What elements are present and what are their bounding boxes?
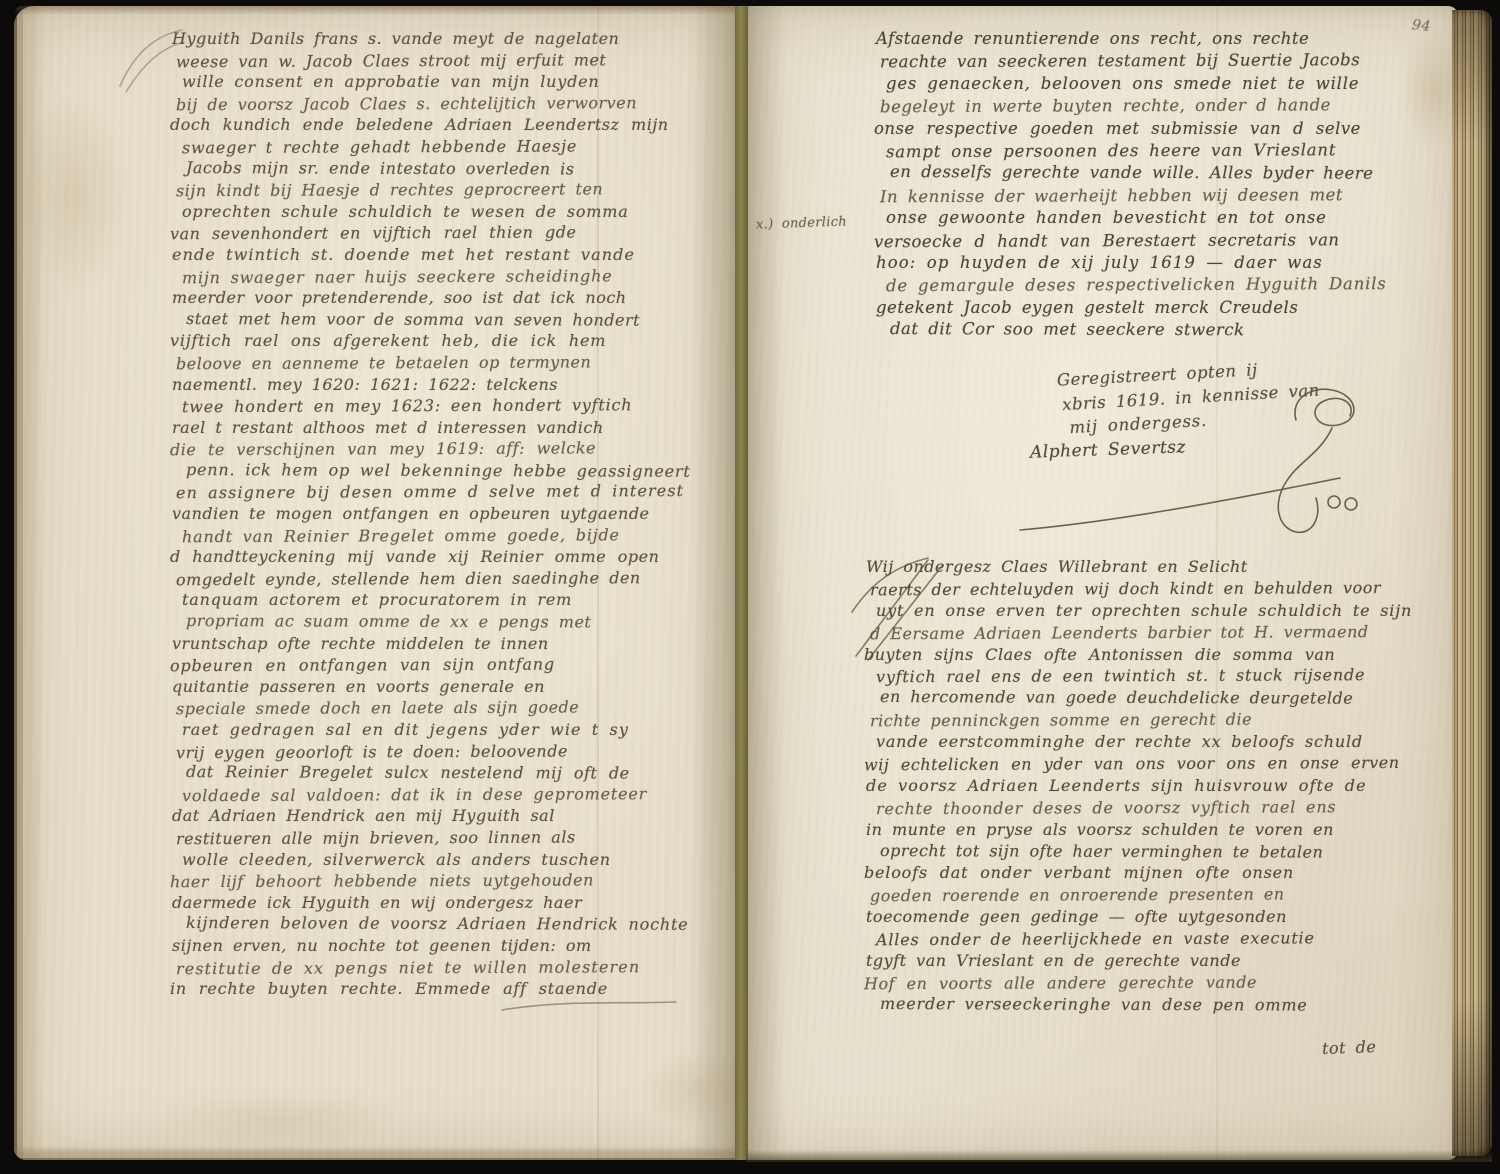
notary-paraph-flourish-icon [1000, 382, 1410, 552]
manuscript-line: propriam ac suam omme de xx e pengs met [186, 610, 734, 634]
manuscript-line: beloofs dat onder verbant mijnen ofte on… [864, 862, 1454, 884]
manuscript-line: oprechten schule schuldich te wesen de s… [182, 201, 734, 223]
manuscript-line: onse respective goeden met submissie van… [874, 118, 1452, 140]
manuscript-line: daermede ick Hyguith en wij ondergesz ha… [172, 892, 734, 914]
fore-edge-page-stack [1452, 10, 1492, 1156]
manuscript-line: reachte van seeckeren testament bij Suer… [880, 49, 1452, 74]
manuscript-line: speciale smede doch en laete als sijn go… [176, 696, 734, 720]
manuscript-line: haer lijf behoort hebbende niets uytgeho… [170, 869, 734, 893]
left-page-top-edge [14, 6, 737, 15]
manuscript-line: versoecke d handt van Berestaert secreta… [874, 228, 1452, 253]
manuscript-line: Wij ondergesz Claes Willebrant en Selich… [866, 556, 1454, 578]
right-paragraph-2: Wij ondergesz Claes Willebrant en Selich… [866, 556, 1454, 1016]
manuscript-line: twee hondert en mey 1623: een hondert vy… [182, 394, 734, 418]
manuscript-line: rael t restant althoos met d interessen … [172, 417, 734, 439]
manuscript-line: sampt onse persoonen des heere van Vries… [886, 139, 1452, 164]
manuscript-line: getekent Jacob eygen gestelt merck Creud… [876, 297, 1452, 319]
manuscript-line: goeden roerende en onroerende presenten … [870, 883, 1454, 907]
manuscript-line: ges genaecken, belooven ons smede niet t… [886, 73, 1452, 95]
manuscript-line: de gemargule deses respectivelicken Hygu… [886, 273, 1452, 298]
manuscript-line: vyftich rael ens de een twintich st. t s… [876, 664, 1454, 688]
manuscript-line: restitutie de xx pengs niet te willen mo… [176, 955, 734, 979]
manuscript-line: en assignere bij desen omme d selve met … [176, 480, 734, 504]
margin-note: x.) onderlich [756, 214, 847, 232]
left-page-block-edge [14, 6, 44, 1160]
manuscript-line: dat Reinier Bregelet sulcx nestelend mij… [186, 761, 734, 785]
manuscript-line: bij de voorsz Jacob Claes s. echtelijtic… [176, 92, 734, 116]
left-page-bottom-edge [14, 1146, 737, 1160]
manuscript-line: begeleyt in werte buyten rechte, onder d… [880, 94, 1452, 119]
manuscript-line: vrij eygen geoorloft is te doen: beloove… [176, 739, 734, 763]
manuscript-line: sijnen erven, nu nochte tot geenen tijde… [172, 935, 734, 957]
manuscript-line: de voorsz Adriaen Leenderts sijn huisvro… [866, 775, 1454, 797]
manuscript-line: sijn kindt bij Haesje d rechtes geprocre… [176, 178, 734, 202]
manuscript-line: en hercomende van goede deuchdelicke deu… [880, 686, 1454, 710]
manuscript-line: doch kundich ende beledene Adriaen Leend… [170, 114, 734, 136]
left-page-text: Hyguith Danils frans s. vande meyt de na… [172, 28, 734, 1000]
manuscript-line: vijftich rael ons afgerekent heb, die ic… [170, 330, 734, 352]
right-gutter-shadow [746, 6, 786, 1160]
right-paragraph-1: Afstaende renuntierende ons recht, ons r… [876, 28, 1452, 341]
manuscript-line: in munte en pryse als voorsz schulden te… [866, 819, 1454, 841]
manuscript-line: rechte thoonder deses de voorsz vyftich … [876, 796, 1454, 820]
manuscript-line: opbeuren en ontfangen van sijn ontfang [170, 653, 734, 677]
manuscript-line: penn. ick hem op wel bekenninge hebbe ge… [186, 459, 734, 483]
manuscript-line: dat dit Cor soo met seeckere stwerck [890, 318, 1452, 342]
manuscript-line: In kennisse der waerheijt hebben wij dee… [880, 183, 1452, 208]
manuscript-line: oprecht tot sijn ofte haer verminghen te… [880, 840, 1454, 864]
manuscript-line: Afstaende renuntierende ons recht, ons r… [876, 28, 1452, 50]
manuscript-line: richte penninckgen somme en gerecht die [870, 708, 1454, 732]
manuscript-line: meerder voor pretenderende, soo ist dat … [172, 287, 734, 309]
manuscript-line: wille consent en approbatie van mijn luy… [182, 71, 734, 93]
manuscript-line: raerts der echteluyden wij doch kindt en… [870, 577, 1454, 601]
manuscript-line: raet gedragen sal en dit jegens yder wie… [182, 719, 734, 741]
book-gutter [735, 6, 748, 1160]
manuscript-line: wolle cleeden, silverwerck als anders tu… [182, 849, 734, 871]
manuscript-line: tanquam actorem et procuratorem in rem [182, 589, 734, 611]
manuscript-line: d handtteyckening mij vande xij Reinier … [170, 546, 734, 568]
manuscript-line: buyten sijns Claes ofte Antonissen die s… [864, 644, 1454, 666]
manuscript-line: van sevenhondert en vijftich rael thien … [170, 221, 734, 245]
manuscript-line: uyt en onse erven ter oprechten schule s… [876, 600, 1454, 622]
manuscript-line: hoo: op huyden de xij july 1619 — daer w… [876, 252, 1452, 274]
manuscript-line: die te verschijnen van mey 1619: aff: we… [170, 437, 734, 461]
catchword: tot de [1322, 1037, 1377, 1058]
manuscript-line: d Eersame Adriaen Leenderts barbier tot … [870, 620, 1454, 644]
manuscript-line: beloove en aenneme te betaelen op termyn… [176, 351, 734, 375]
manuscript-line: mijn swaeger naer huijs seeckere scheidi… [182, 264, 734, 288]
manuscript-line: vande eerstcomminghe der rechte xx beloo… [876, 731, 1454, 753]
manuscript-line: voldaede sal valdoen: dat ik in dese gep… [182, 783, 734, 807]
manuscript-line: vruntschap ofte rechte middelen te innen [172, 633, 734, 655]
manuscript-line: Alles onder de heerlijckhede en vaste ex… [876, 927, 1454, 951]
manuscript-line: dat Adriaen Hendrick aen mij Hyguith sal [172, 805, 734, 827]
manuscript-line: wij echtelicken en yder van ons voor ons… [864, 752, 1454, 776]
manuscript-line: kijnderen beloven de voorsz Adriaen Hend… [186, 912, 734, 936]
manuscript-line: staet met hem voor de somma van seven ho… [186, 308, 734, 332]
manuscript-line: weese van w. Jacob Claes stroot mij erfu… [176, 48, 734, 72]
manuscript-line: restitueren alle mijn brieven, soo linne… [176, 826, 734, 850]
manuscript-line: ende twintich st. doende met het restant… [172, 244, 734, 266]
manuscript-line: en desselfs gerechte vande wille. Alles … [890, 161, 1452, 185]
manuscript-line: Jacobs mijn sr. ende intestato overleden… [186, 157, 734, 181]
manuscript-line: handt van Reinier Bregelet omme goede, b… [182, 523, 734, 547]
manuscript-line: naementl. mey 1620: 1621: 1622: telckens [172, 374, 734, 396]
manuscript-line: toecomende geen gedinge — ofte uytgesond… [866, 906, 1454, 928]
right-page-bottom-edge [746, 1150, 1492, 1162]
manuscript-line: tgyft van Vrieslant en de gerechte vande [866, 950, 1454, 972]
scan-background: 94 Hyguith Danils frans s. vande meyt de… [0, 0, 1500, 1174]
manuscript-line: swaeger t rechte gehadt hebbende Haesje [182, 135, 734, 159]
manuscript-line: Hof en voorts alle andere gerechte vande [864, 971, 1454, 995]
manuscript-line: omgedelt eynde, stellende hem dien saedi… [176, 567, 734, 591]
manuscript-line: vandien te mogen ontfangen en opbeuren u… [172, 503, 734, 525]
manuscript-line: Hyguith Danils frans s. vande meyt de na… [172, 28, 734, 50]
manuscript-line: meerder verseeckeringhe van dese pen omm… [880, 993, 1454, 1017]
manuscript-line: quitantie passeren en voorts generale en [172, 676, 734, 698]
end-flourish-icon [500, 996, 680, 1016]
manuscript-line: onse gewoonte handen bevesticht en tot o… [886, 207, 1452, 229]
